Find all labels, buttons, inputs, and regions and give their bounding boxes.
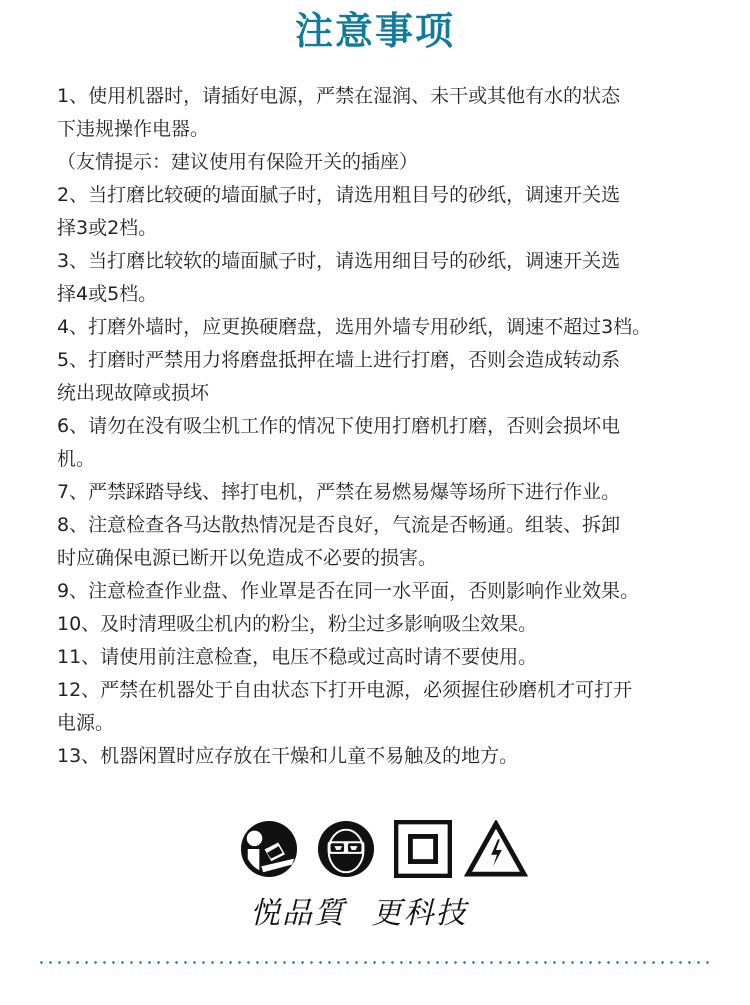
note-line: 统出现故障或损坏: [57, 377, 717, 410]
wear-eye-protection-icon: [317, 820, 375, 878]
slogan-part-1: 悦品質: [250, 896, 346, 931]
note-line: （友情提示：建议使用有保险开关的插座）: [57, 146, 717, 179]
note-line: 11、请使用前注意检查，电压不稳或过高时请不要使用。: [57, 641, 717, 674]
note-line: 1、使用机器时，请插好电源，严禁在湿润、未干或其他有水的状态: [57, 80, 717, 113]
note-line: 9、注意检查作业盘、作业罩是否在同一水平面，否则影响作业效果。: [57, 575, 717, 608]
slogan-part-2: 更科技: [372, 896, 468, 931]
note-line: 4、打磨外墙时，应更换硬磨盘，选用外墙专用砂纸，调速不超过3档。: [57, 311, 717, 344]
note-line: 电源。: [57, 707, 717, 740]
note-line: 8、注意检查各马达散热情况是否良好，气流是否畅通。组装、拆卸: [57, 509, 717, 542]
note-line: 下违规操作电器。: [57, 113, 717, 146]
read-manual-icon: [240, 820, 298, 878]
double-insulation-icon: [394, 820, 452, 878]
note-line: 2、当打磨比较硬的墙面腻子时，请选用粗目号的砂纸，调速开关选: [57, 179, 717, 212]
note-line: 择3或2档。: [57, 212, 717, 245]
note-line: 5、打磨时严禁用力将磨盘抵押在墙上进行打磨，否则会造成转动系: [57, 344, 717, 377]
dotted-divider: [37, 961, 714, 964]
note-line: 时应确保电源已断开以免造成不必要的损害。: [57, 542, 717, 575]
note-line: 3、当打磨比较软的墙面腻子时，请选用细目号的砂纸，调速开关选: [57, 245, 717, 278]
note-line: 择4或5档。: [57, 278, 717, 311]
safety-icons: [240, 820, 530, 880]
note-line: 12、严禁在机器处于自由状态下打开电源，必须握住砂磨机才可打开: [57, 674, 717, 707]
notes-list: 1、使用机器时，请插好电源，严禁在湿润、未干或其他有水的状态 下违规操作电器。 …: [57, 80, 717, 773]
note-line: 10、及时清理吸尘机内的粉尘，粉尘过多影响吸尘效果。: [57, 608, 717, 641]
page-title: 注意事项: [0, 6, 750, 56]
note-line: 7、严禁踩踏导线、摔打电机，严禁在易燃易爆等场所下进行作业。: [57, 476, 717, 509]
note-line: 13、机器闲置时应存放在干燥和儿童不易触及的地方。: [57, 740, 717, 773]
note-line: 6、请勿在没有吸尘机工作的情况下使用打磨机打磨，否则会损坏电: [57, 410, 717, 443]
note-line: 机。: [57, 443, 717, 476]
brand-slogan: 悦品質 更科技: [250, 888, 520, 932]
electrical-hazard-icon: [464, 820, 528, 878]
